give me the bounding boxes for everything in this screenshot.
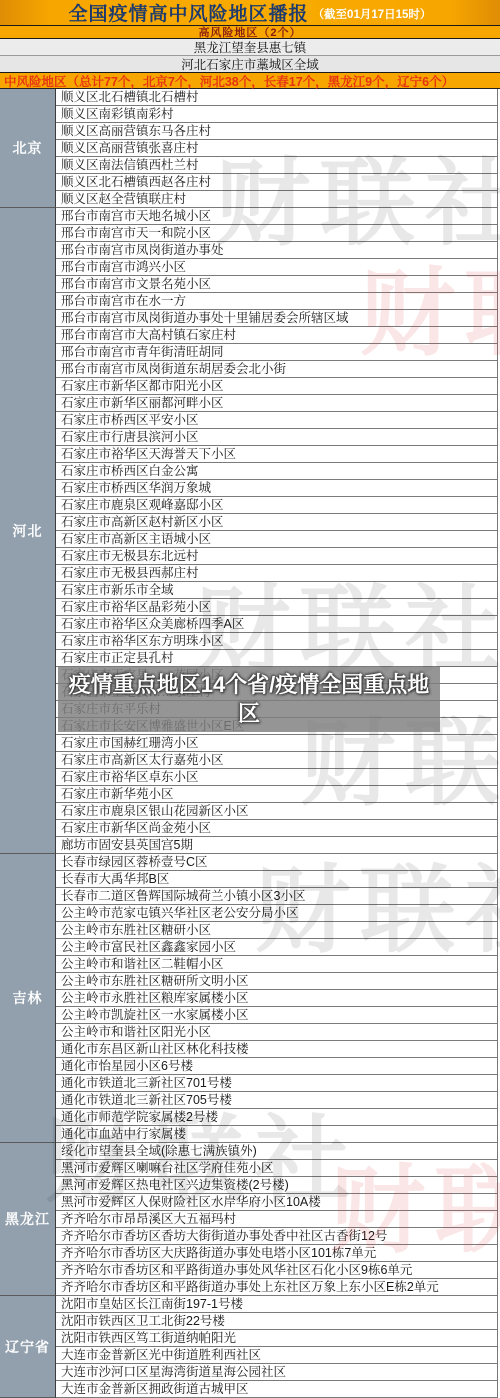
area-row: 石家庄市高新区太行嘉苑小区 xyxy=(56,752,497,769)
area-row: 邢台市南宫市大高村镇石家庄村 xyxy=(56,327,497,344)
area-row: 邢台市南宫市凤岗街道东胡居委会北小街 xyxy=(56,361,497,378)
area-row: 石家庄市新华苑小区 xyxy=(56,786,497,803)
area-row: 邢台市南宫市凤岗街道办事处十里铺居委会所辖区域 xyxy=(56,310,497,327)
area-row: 石家庄市桥西区平安小区 xyxy=(56,412,497,429)
area-row: 公主岭市和谐社区阳光小区 xyxy=(56,1024,497,1041)
area-row: 石家庄市裕华区卓东小区 xyxy=(56,769,497,786)
area-row: 公主岭市范家屯镇兴华社区老公安分局小区 xyxy=(56,905,497,922)
area-row: 公主岭市富民社区鑫鑫家园小区 xyxy=(56,939,497,956)
area-row: 大连市金普新区光中街道胜利西社区 xyxy=(56,1347,497,1364)
area-row: 石家庄市新乐市全域 xyxy=(56,582,497,599)
province-label: 辽宁省 xyxy=(0,1296,56,1398)
area-row: 通化市血站中行家属楼 xyxy=(56,1126,497,1143)
high-risk-row: 河北石家庄市藁城区全域 xyxy=(0,56,500,73)
area-row: 石家庄市裕华区晶彩苑小区 xyxy=(56,599,497,616)
area-row: 通化市铁道北三新社区701号楼 xyxy=(56,1075,497,1092)
page-title: 全国疫情高中风险地区播报 xyxy=(69,0,309,26)
area-row: 齐齐哈尔市香坊区香坊大街街道办事处香中社区古香街12号 xyxy=(56,1228,497,1245)
area-row: 通化市怡星园小区6号楼 xyxy=(56,1058,497,1075)
area-row: 石家庄市新华区都市阳光小区 xyxy=(56,378,497,395)
area-row: 石家庄市行唐县滨河小区 xyxy=(56,429,497,446)
area-row: 顺义区北石槽镇北石槽村 xyxy=(56,89,497,106)
area-row: 石家庄市鹿泉区观峰嘉邸小区 xyxy=(56,497,497,514)
area-row: 顺义区高丽营镇张喜庄村 xyxy=(56,140,497,157)
area-row: 石家庄市国赫红珊湾小区 xyxy=(56,735,497,752)
area-row: 顺义区赵全营镇联庄村 xyxy=(56,191,497,208)
area-row: 石家庄市新华区尚金苑小区 xyxy=(56,820,497,837)
area-row: 廊坊市固安县英国宫5期 xyxy=(56,837,497,854)
province-areas: 顺义区北石槽镇北石槽村顺义区南彩镇南彩村顺义区高丽营镇东马各庄村顺义区高丽营镇张… xyxy=(56,89,497,208)
area-row: 齐齐哈尔市香坊区和平路街道办事处上东社区万象上东小区E栋2单元 xyxy=(56,1279,497,1296)
area-row: 石家庄市高新区赵村新区小区 xyxy=(56,514,497,531)
area-row: 黑河市爱辉区热电社区兴边集资楼(2号楼) xyxy=(56,1177,497,1194)
area-row: 石家庄市裕华区天海誉天下小区 xyxy=(56,446,497,463)
area-row: 石家庄市桥西区白金公寓 xyxy=(56,463,497,480)
area-row: 公主岭市和谐社区二鞋帽小区 xyxy=(56,956,497,973)
area-row: 沈阳市皇姑区长江南街197-1号楼 xyxy=(56,1296,497,1313)
area-row: 邢台市南宫市天一和院小区 xyxy=(56,225,497,242)
area-row: 邢台市南宫市文景名苑小区 xyxy=(56,276,497,293)
area-row: 公主岭市东胜社区糖研小区 xyxy=(56,922,497,939)
area-row: 齐齐哈尔市香坊区大庆路街道办事处电塔小区101栋7单元 xyxy=(56,1245,497,1262)
caption-overlay: 疫情重点地区14个省/疫情全国重点地区 xyxy=(58,667,440,732)
area-row: 长春市绿园区蓉桥壹号C区 xyxy=(56,854,497,871)
area-row: 公主岭市东胜社区糖研所文明小区 xyxy=(56,973,497,990)
province-areas: 沈阳市皇姑区长江南街197-1号楼沈阳市铁西区卫工北街22号楼沈阳市铁西区笃工街… xyxy=(56,1296,497,1398)
area-row: 石家庄市无极县西郝庄村 xyxy=(56,565,497,582)
province-block: 北京顺义区北石槽镇北石槽村顺义区南彩镇南彩村顺义区高丽营镇东马各庄村顺义区高丽营… xyxy=(0,89,497,208)
area-row: 通化市师范学院家属楼2号楼 xyxy=(56,1109,497,1126)
title-timestamp: （截至01月17日15时） xyxy=(313,3,432,22)
risk-table: 北京顺义区北石槽镇北石槽村顺义区南彩镇南彩村顺义区高丽营镇东马各庄村顺义区高丽营… xyxy=(0,89,498,1398)
area-row: 大连市金普新区拥政街道古城甲区 xyxy=(56,1381,497,1398)
area-row: 黑河市爱辉区人保财险社区水岸华府小区10A楼 xyxy=(56,1194,497,1211)
area-row: 石家庄市鹿泉区银山花园新区小区 xyxy=(56,803,497,820)
area-row: 邢台市南宫市凤岗街道办事处 xyxy=(56,242,497,259)
area-row: 邢台市南宫市鸿兴小区 xyxy=(56,259,497,276)
area-row: 石家庄市新华区丽都河畔小区 xyxy=(56,395,497,412)
high-risk-row: 黑龙江望奎县惠七镇 xyxy=(0,39,500,56)
province-areas: 邢台市南宫市天地名城小区邢台市南宫市天一和院小区邢台市南宫市凤岗街道办事处邢台市… xyxy=(56,208,497,854)
area-row: 顺义区高丽营镇东马各庄村 xyxy=(56,123,497,140)
area-row: 邢台市南宫市在水一方 xyxy=(56,293,497,310)
epidemic-risk-infographic: { "header": { "title": "全国疫情高中风险地区播报", "… xyxy=(0,0,500,1398)
province-label: 吉林 xyxy=(0,854,56,1143)
area-row: 邢台市南宫市青年街清旺胡同 xyxy=(56,344,497,361)
medium-risk-header: 中风险地区（总计77个，北京7个，河北38个，长春17个，黑龙江9个，辽宁6个） xyxy=(0,73,500,89)
area-row: 顺义区南法信镇西杜兰村 xyxy=(56,157,497,174)
area-row: 石家庄市裕华区东方明珠小区 xyxy=(56,633,497,650)
province-label: 北京 xyxy=(0,89,56,208)
area-row: 石家庄市高新区主语城小区 xyxy=(56,531,497,548)
province-block: 吉林长春市绿园区蓉桥壹号C区长春市大禹华邦B区长春市二道区鲁辉国际城荷兰小镇小区… xyxy=(0,854,497,1143)
area-row: 沈阳市铁西区笃工街道纳帕阳光 xyxy=(56,1330,497,1347)
area-row: 黑河市爱辉区喇嘛台社区学府佳苑小区 xyxy=(56,1160,497,1177)
area-row: 公主岭市永胜社区粮库家属楼小区 xyxy=(56,990,497,1007)
area-row: 通化市铁道北三新社区705号楼 xyxy=(56,1092,497,1109)
area-row: 石家庄市桥西区华润万象城 xyxy=(56,480,497,497)
area-row: 绥化市望奎县全域(除惠七满族镇外) xyxy=(56,1143,497,1160)
area-row: 沈阳市铁西区卫工北街22号楼 xyxy=(56,1313,497,1330)
area-row: 石家庄市无极县东北远村 xyxy=(56,548,497,565)
province-block: 辽宁省沈阳市皇姑区长江南街197-1号楼沈阳市铁西区卫工北街22号楼沈阳市铁西区… xyxy=(0,1296,497,1398)
area-row: 大连市沙河口区星海湾街道星海公园社区 xyxy=(56,1364,497,1381)
area-row: 长春市大禹华邦B区 xyxy=(56,871,497,888)
area-row: 顺义区北石槽镇西赵各庄村 xyxy=(56,174,497,191)
province-label: 黑龙江 xyxy=(0,1143,56,1296)
area-row: 石家庄市正定县孔村 xyxy=(56,650,497,667)
area-row: 通化市东昌区新山社区林化科技楼 xyxy=(56,1041,497,1058)
title-bar: 全国疫情高中风险地区播报 （截至01月17日15时） xyxy=(0,0,500,26)
area-row: 长春市二道区鲁辉国际城荷兰小镇小区3小区 xyxy=(56,888,497,905)
area-row: 邢台市南宫市天地名城小区 xyxy=(56,208,497,225)
province-areas: 绥化市望奎县全域(除惠七满族镇外)黑河市爱辉区喇嘛台社区学府佳苑小区黑河市爱辉区… xyxy=(56,1143,497,1296)
province-block: 黑龙江绥化市望奎县全域(除惠七满族镇外)黑河市爱辉区喇嘛台社区学府佳苑小区黑河市… xyxy=(0,1143,497,1296)
province-areas: 长春市绿园区蓉桥壹号C区长春市大禹华邦B区长春市二道区鲁辉国际城荷兰小镇小区3小… xyxy=(56,854,497,1143)
area-row: 石家庄市裕华区众美廊桥四季A区 xyxy=(56,616,497,633)
area-row: 顺义区南彩镇南彩村 xyxy=(56,106,497,123)
province-block: 河北邢台市南宫市天地名城小区邢台市南宫市天一和院小区邢台市南宫市凤岗街道办事处邢… xyxy=(0,208,497,854)
area-row: 公主岭市凯旋社区一水家属楼小区 xyxy=(56,1007,497,1024)
province-label: 河北 xyxy=(0,208,56,854)
area-row: 齐齐哈尔市昂昂溪区大五福玛村 xyxy=(56,1211,497,1228)
area-row: 齐齐哈尔市香坊区和平路街道办事处风华社区石化小区9栋6单元 xyxy=(56,1262,497,1279)
